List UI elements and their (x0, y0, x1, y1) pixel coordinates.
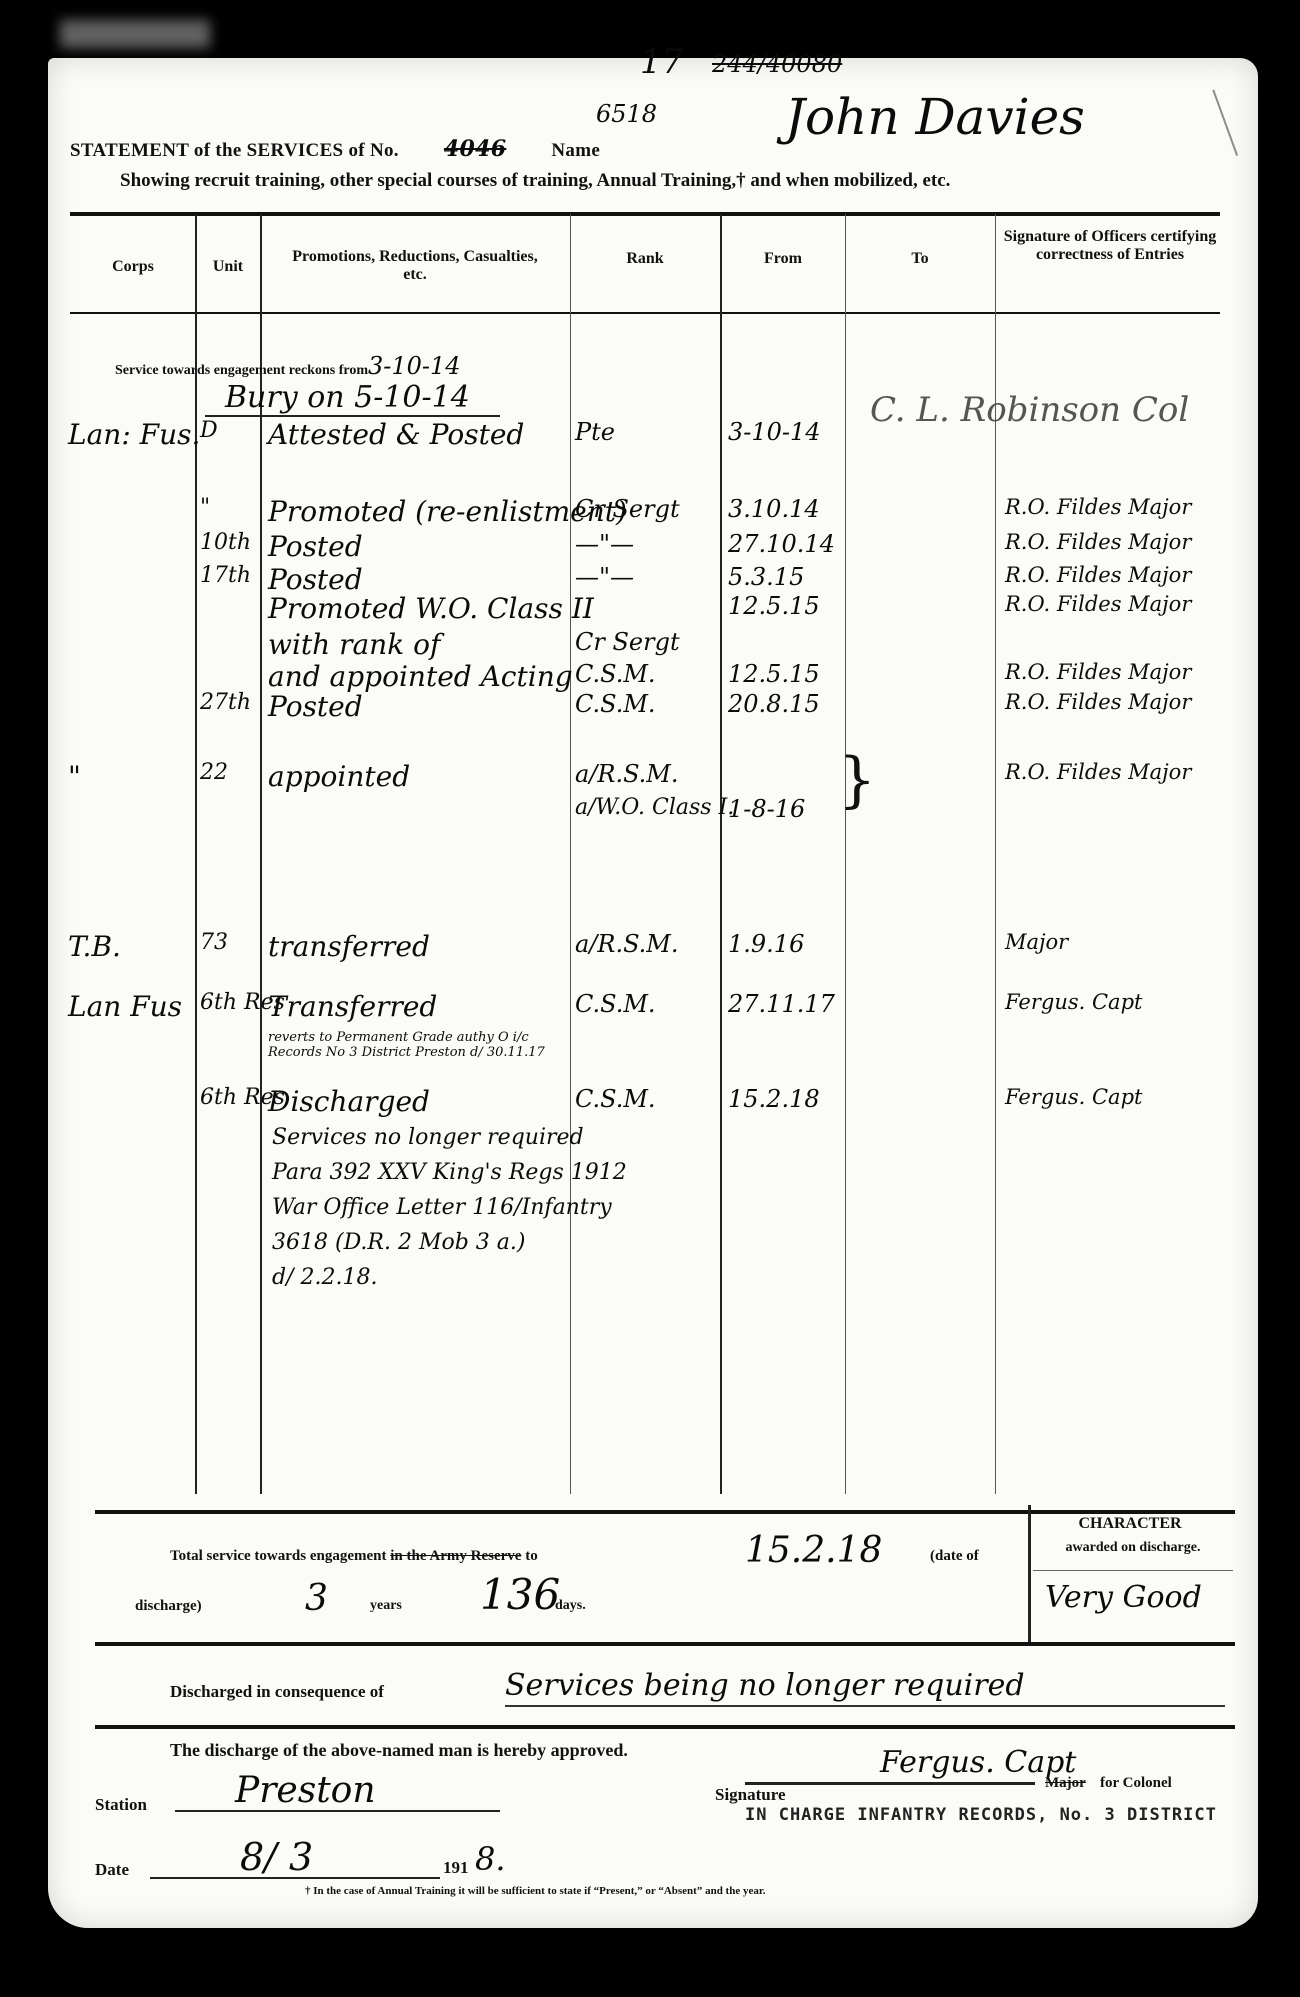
footnote: † In the case of Annual Training it will… (305, 1885, 765, 1897)
records-office-stamp: IN CHARGE INFANTRY RECORDS, No. 3 DISTRI… (745, 1805, 1217, 1825)
row-from: 3.10.14 (728, 495, 820, 523)
row-rank: a/R.S.M. (575, 930, 679, 958)
row-unit: 22 (200, 760, 228, 785)
reckons-label-text: Service towards engagement reckons from (115, 363, 368, 378)
header-rank: Rank (572, 250, 718, 268)
document-subtitle: Showing recruit training, other special … (120, 170, 950, 192)
total-service-date: 15.2.18 (745, 1530, 882, 1571)
station-value: Preston (235, 1770, 376, 1811)
page-curl (1156, 90, 1238, 177)
discharge-note-line: War Office Letter 116/Infantry (272, 1195, 612, 1220)
col-divider-promotions (570, 214, 571, 1494)
row-event: Promoted W.O. Class II (268, 592, 594, 625)
row-rank: C.S.M. (575, 1085, 656, 1113)
character-header: CHARACTER (1030, 1515, 1230, 1533)
table-top-rule (70, 212, 1220, 216)
row-from: 27.11.17 (728, 990, 835, 1018)
brace-mark: } (838, 745, 876, 815)
row-rank: C.S.M. (575, 660, 656, 688)
table-header-rule (70, 312, 1220, 314)
document-title: STATEMENT of the SERVICES of No. 4046 Na… (70, 136, 600, 162)
character-subheader: awarded on discharge. (1033, 1540, 1233, 1556)
approval-text: The discharge of the above-named man is … (170, 1740, 628, 1761)
row-officer-signature: R.O. Fildes Major (1005, 530, 1191, 554)
row-rank-secondary: a/W.O. Class I. (575, 795, 734, 820)
totals-top-rule (95, 1510, 1235, 1514)
header-from: From (722, 250, 844, 268)
character-rule (1033, 1570, 1233, 1571)
row-rank: Cr Sergt (575, 628, 680, 656)
row-from: 1.9.16 (728, 930, 804, 958)
row-from: 15.2.18 (728, 1085, 820, 1113)
col-divider-rank (720, 214, 722, 1494)
row-event: Attested & Posted (268, 418, 524, 451)
row-unit: 27th (200, 690, 251, 715)
total-service-prefix: Total service towards engagement (170, 1548, 387, 1564)
row-rank: Pte (575, 418, 615, 446)
total-days-label: days. (555, 1598, 586, 1614)
row-unit: " (200, 495, 210, 520)
year-suffix: 8. (475, 1840, 506, 1878)
row-rank: a/R.S.M. (575, 760, 679, 788)
service-number-struck: 4046 (444, 136, 506, 162)
bury-note: Bury on 5-10-14 (205, 380, 500, 417)
signature-label: Signature (715, 1785, 786, 1805)
row-event: Discharged (268, 1085, 430, 1118)
soldier-name: John Davies (785, 88, 1085, 146)
discharge-note-line: Services no longer required (272, 1125, 584, 1150)
header-to: To (847, 250, 993, 268)
row-from: 3-10-14 (728, 418, 821, 446)
row-unit: 10th (200, 530, 251, 555)
row-from: 20.8.15 (728, 690, 820, 718)
total-discharge-label: discharge) (135, 1598, 202, 1615)
service-number-annotation-2: 6518 (596, 100, 657, 128)
row-corps: " (68, 760, 81, 793)
row-officer-signature: Major (1005, 930, 1068, 954)
row-from: 5.3.15 (728, 563, 804, 591)
row-officer-signature: Fergus. Capt (1005, 990, 1142, 1014)
total-service-date-suffix: (date of (930, 1548, 979, 1565)
service-number-struck-above: 244/40080 (712, 50, 842, 78)
header-promotions: Promotions, Reductions, Casualties, etc. (290, 248, 540, 284)
top-signature: C. L. Robinson Col (870, 390, 1189, 430)
service-number-annotation-1: 17 (640, 42, 683, 82)
discharge-reason-rule (505, 1705, 1225, 1707)
row-unit: 73 (200, 930, 228, 955)
row-officer-signature: Fergus. Capt (1005, 1085, 1142, 1109)
row-officer-signature: R.O. Fildes Major (1005, 592, 1191, 616)
col-divider-corps (195, 214, 197, 1494)
row-rank: —"— (575, 563, 634, 591)
row-event: Posted (268, 530, 363, 563)
row-rank: —"— (575, 530, 634, 558)
reckons-label: Service towards engagement reckons from3… (115, 352, 461, 380)
header-unit: Unit (197, 258, 259, 276)
row-unit: 17th (200, 563, 251, 588)
row-event: with rank of (268, 628, 440, 661)
total-service-to: to (525, 1548, 538, 1564)
discharge-reason-label: Discharged in consequence of (170, 1682, 384, 1702)
row-event: reverts to Permanent Grade authy O i/c R… (268, 1030, 568, 1060)
total-years-label: years (370, 1598, 402, 1614)
date-label: Date (95, 1860, 129, 1880)
header-signature: Signature of Officers certifying correct… (1000, 228, 1220, 264)
scan-smudge (60, 20, 210, 48)
rank-struck: Major (1045, 1775, 1086, 1792)
total-service-line: Total service towards engagement in the … (170, 1548, 538, 1565)
row-officer-signature: R.O. Fildes Major (1005, 495, 1191, 519)
year-prefix: 191 (443, 1858, 469, 1878)
total-days-value: 136 (480, 1570, 560, 1619)
row-event: transferred (268, 930, 430, 963)
header-corps: Corps (72, 258, 194, 276)
name-label: Name (551, 140, 600, 161)
row-from: 12.5.15 (728, 660, 820, 688)
station-label: Station (95, 1795, 147, 1815)
row-event: Transferred (268, 990, 437, 1023)
date-rule (150, 1877, 440, 1879)
row-unit: D (200, 418, 218, 443)
row-corps: T.B. (68, 930, 121, 963)
discharge-note-line: d/ 2.2.18. (272, 1265, 377, 1290)
totals-bottom-rule (95, 1642, 1235, 1646)
row-event: and appointed Acting (268, 660, 573, 693)
row-from: 12.5.15 (728, 592, 820, 620)
row-event: Posted (268, 690, 363, 723)
discharge-note-line: 3618 (D.R. 2 Mob 3 a.) (272, 1230, 525, 1255)
character-value: Very Good (1045, 1580, 1202, 1615)
row-officer-signature: R.O. Fildes Major (1005, 690, 1191, 714)
row-rank: C.S.M. (575, 990, 656, 1018)
total-service-struck: in the Army Reserve (390, 1548, 521, 1564)
discharge-note-line: Para 392 XXV King's Regs 1912 (272, 1160, 627, 1185)
discharge-reason-value: Services being no longer required (505, 1668, 1025, 1703)
title-prefix: STATEMENT of the SERVICES of No. (70, 140, 399, 161)
date-value: 8/ 3 (240, 1835, 313, 1879)
col-divider-from (845, 214, 846, 1494)
signature-rule (745, 1782, 1035, 1785)
row-rank: Cr Sergt (575, 495, 680, 523)
row-event: appointed (268, 760, 410, 793)
row-corps: Lan Fus (68, 990, 182, 1023)
row-from: 27.10.14 (728, 530, 835, 558)
row-corps: Lan: Fus. (68, 418, 200, 451)
for-colonel: for Colonel (1100, 1775, 1172, 1792)
reckons-value: 3-10-14 (368, 352, 461, 380)
row-officer-signature: R.O. Fildes Major (1005, 760, 1191, 784)
row-officer-signature: R.O. Fildes Major (1005, 660, 1191, 684)
station-rule (175, 1810, 500, 1812)
discharge-bottom-rule (95, 1725, 1235, 1729)
row-officer-signature: R.O. Fildes Major (1005, 563, 1191, 587)
row-from: 1-8-16 (728, 795, 805, 823)
row-rank: C.S.M. (575, 690, 656, 718)
total-years-value: 3 (305, 1578, 328, 1619)
row-event: Promoted (re-enlistment) (268, 495, 627, 528)
